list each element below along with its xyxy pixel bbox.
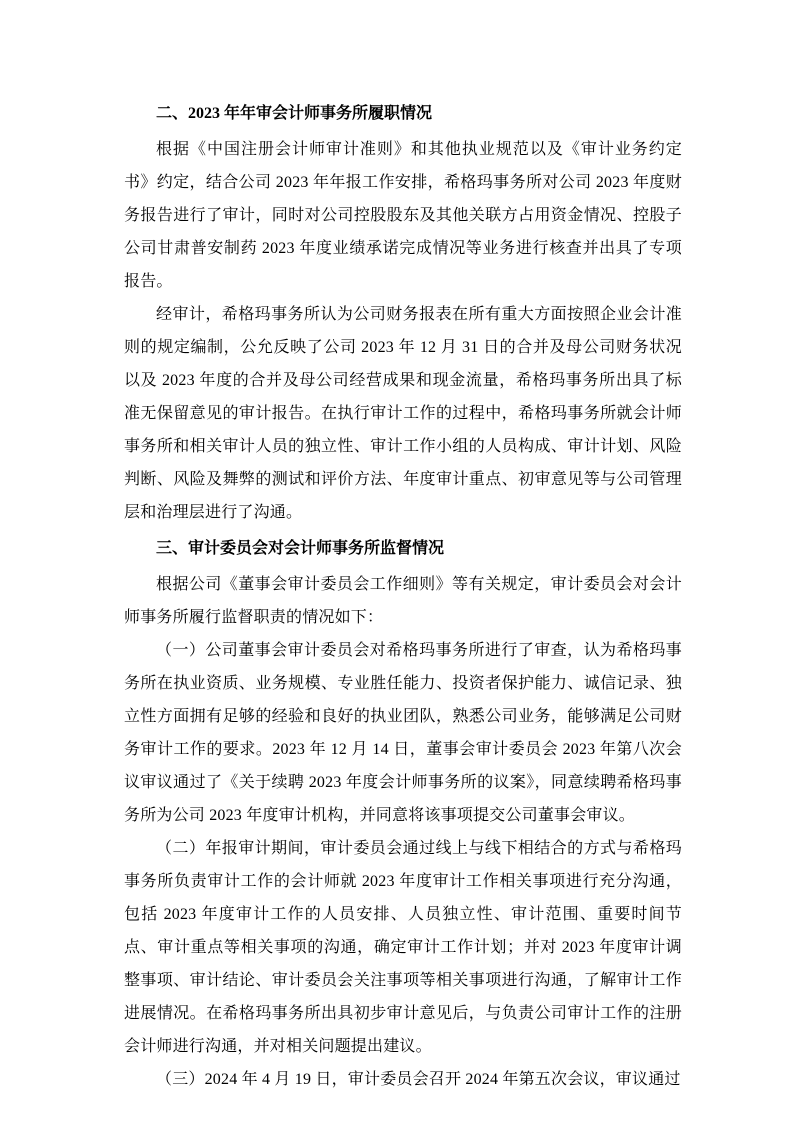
paragraph-audit-result: 经审计，希格玛事务所认为公司财务报表在所有重大方面按照企业会计准则的规定编制，公…: [124, 298, 682, 529]
document-content: 二、2023 年年审会计师事务所履职情况 根据《中国注册会计师审计准则》和其他执…: [124, 94, 682, 1096]
paragraph-audit-basis: 根据《中国注册会计师审计准则》和其他执业规范以及《审计业务约定书》约定，结合公司…: [124, 133, 682, 298]
document-page: 二、2023 年年审会计师事务所履职情况 根据《中国注册会计师审计准则》和其他执…: [0, 0, 794, 1122]
paragraph-item-1: （一）公司董事会审计委员会对希格玛事务所进行了审查，认为希格玛事务所在执业资质、…: [124, 634, 682, 832]
section-heading-3: 三、审计委员会对会计师事务所监督情况: [124, 532, 682, 565]
paragraph-item-3: （三）2024 年 4 月 19 日，审计委员会召开 2024 年第五次会议，审…: [124, 1063, 682, 1096]
paragraph-supervision-intro: 根据公司《董事会审计委员会工作细则》等有关规定，审计委员会对会计师事务所履行监督…: [124, 568, 682, 634]
paragraph-item-2: （二）年报审计期间，审计委员会通过线上与线下相结合的方式与希格玛事务所负责审计工…: [124, 832, 682, 1063]
section-heading-2: 二、2023 年年审会计师事务所履职情况: [124, 97, 682, 130]
